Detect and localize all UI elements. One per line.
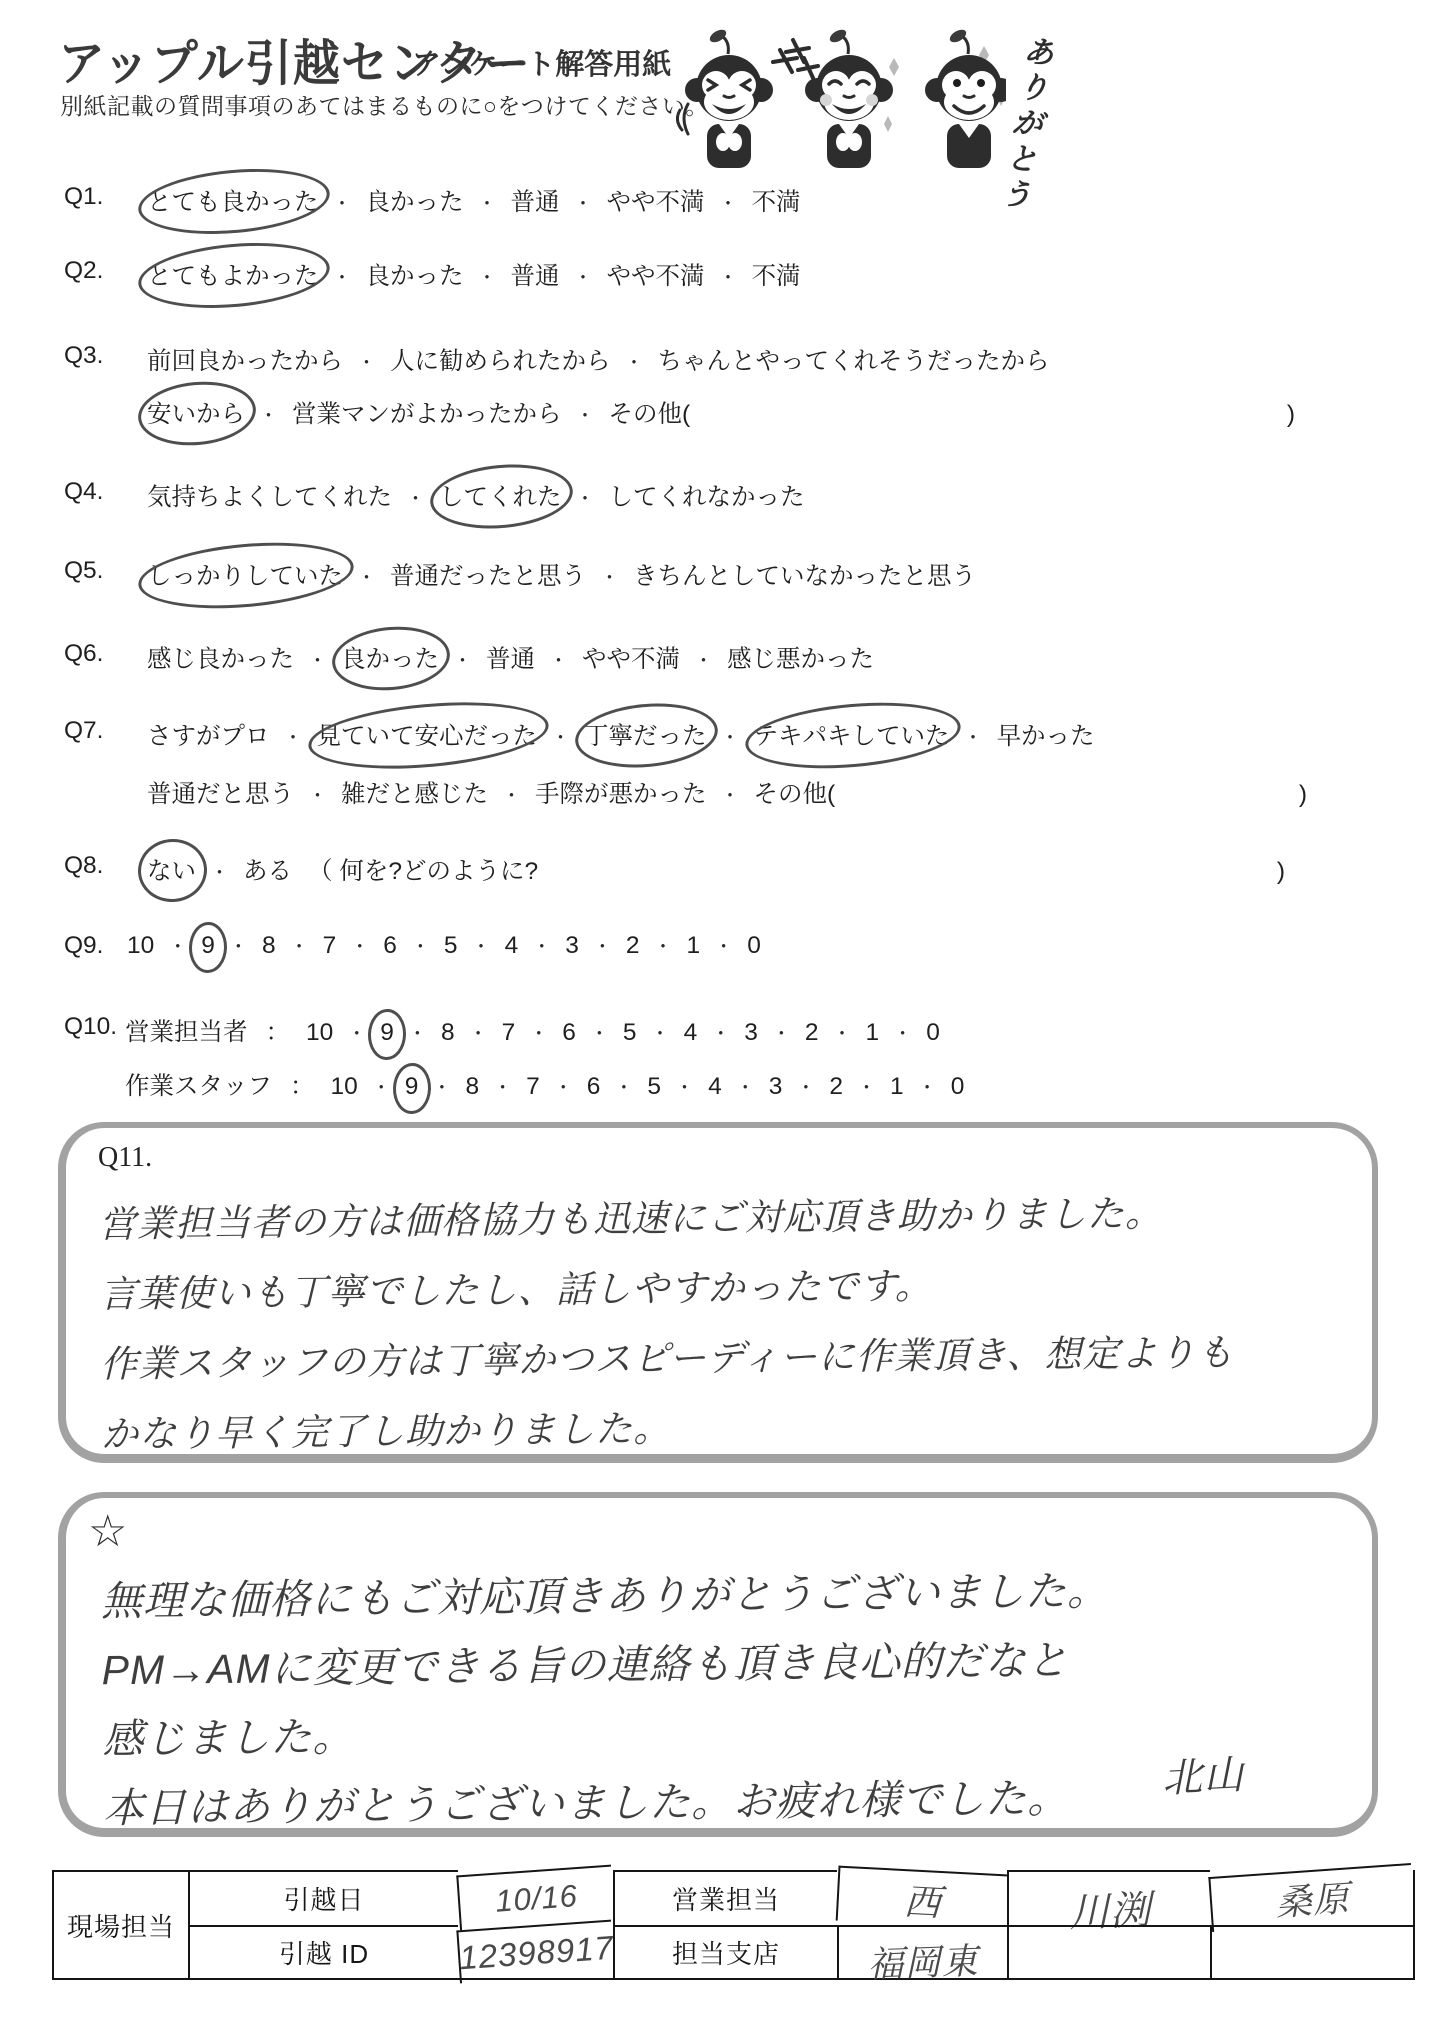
option-separator: ・ [529,1019,548,1046]
option-separator: ・ [502,781,521,808]
option: 5 [442,932,460,960]
option-separator: ・ [574,189,593,216]
option: ある [241,852,294,887]
q10-sales-scale: 10・9・8・7・6・5・4・3・2・1・0 [304,1019,942,1047]
option-circled: 9 [378,1019,396,1047]
option: 良かった [364,183,466,218]
q10-row-sales: 営業担当者 ： 10・9・8・7・6・5・4・3・2・1・0 [125,1013,942,1048]
option: PM→AMに変更できる旨の連絡も頂き良心的だなと [101,1626,1110,1706]
q3-options-row2: 安いから・営業マンがよかったから・その他( ) [145,395,1295,430]
q10-label: Q10. [64,1013,117,1041]
option: 8 [260,932,278,960]
move-id-label: 引越 ID [188,1925,458,1978]
option: 4 [682,1019,700,1047]
footer-info-table: 引越日 10/16 営業担当 西 現場担当 川渕 桑原 引越 ID 123989… [52,1870,1415,1980]
option: 普通 [484,640,537,675]
option: 8 [463,1073,481,1101]
option: 営業マンがよかったから [290,395,564,430]
option: 早かった [995,717,1097,752]
option-circled: してくれた [437,478,564,513]
q8-row: ない・ある （ 何を?どのように? ) [145,852,1285,887]
option: 手際が悪かった [533,775,709,810]
star-comment-box: ☆ 無理な価格にもご対応頂きありがとうございました。PM→AMに変更できる旨の連… [58,1492,1378,1837]
q11-handwritten-comment: 営業担当者の方は価格協力も迅速にご対応頂き助かりました。言葉使いも丁寧でしたし、… [99,1178,1236,1470]
option-separator: ・ [721,723,740,750]
option: 1 [864,1019,882,1047]
option: してくれなかった [607,478,807,513]
option-separator: ・ [721,781,740,808]
option-separator: ・ [576,484,595,511]
option-circled: テキパキしていた [752,717,952,752]
option: 気持ちよくしてくれた [145,478,394,513]
option: 2 [827,1073,845,1101]
option: 普通 [509,257,562,292]
option: 3 [563,932,581,960]
option-separator: ・ [554,1073,573,1100]
option-circled: とても良かった [145,183,321,218]
q10-staff-name: 作業スタッフ [125,1067,272,1102]
option: かなり早く完了し助かりました。 [101,1388,1236,1470]
option: 前回良かったから [145,342,345,377]
site-staff-2-value: 桑原 [1208,1863,1414,1932]
option: やや不満 [605,257,707,292]
option: 6 [381,932,399,960]
option: 5 [621,1019,639,1047]
q10-staff-scale: 10・9・8・7・6・5・4・3・2・1・0 [329,1073,967,1101]
option: 6 [560,1019,578,1047]
option: 感じ悪かった [725,640,876,675]
option: 2 [624,932,642,960]
option: 4 [706,1073,724,1101]
q1-label: Q1. [64,183,104,211]
q3-options-row1: 前回良かったから・人に勧められたから・ちゃんとやってくれそうだったから [145,342,1052,377]
option-separator: ・ [357,348,376,375]
branch-label: 担当支店 [613,1925,837,1978]
q5-options: しっかりしていた・普通だったと思う・きちんとしていなかったと思う [145,557,978,592]
form-title: アンケート解答用紙 [412,42,671,83]
option-separator: ・ [918,1073,937,1100]
q8-options: ない・ある [145,852,294,887]
star-handwritten-comment: 無理な価格にもご対応頂きありがとうございました。PM→AMに変更できる旨の連絡も… [101,1557,1112,1844]
option: その他( [607,395,693,430]
option-circled: 良かった [339,640,441,675]
option: 言葉使いも丁寧でしたし、話しやすかったです。 [99,1248,1234,1330]
option-separator: ・ [308,781,327,808]
q7-options-row1: さすがプロ・見ていて安心だった・丁寧だった・テキパキしていた・早かった [145,717,1097,752]
sales-rep-label: 営業担当 [613,1870,837,1925]
q3-label: Q3. [64,342,104,370]
q8-label: Q8. [64,852,104,880]
option: 良かった [364,257,466,292]
option-separator: ・ [590,1019,609,1046]
star-icon: ☆ [88,1506,127,1557]
q2-options: とてもよかった・良かった・普通・やや不満・不満 [145,257,803,292]
option: 本日はありがとうございました。お疲れ様でした。 [103,1764,1112,1844]
option: 10 [125,932,156,960]
q8-detail-label: （ 何を?どのように? [308,852,538,887]
branch-cell: 福岡東 [837,1925,1007,1978]
option: 7 [500,1019,518,1047]
option-separator: ・ [711,1019,730,1046]
q3-close-paren: ) [1287,401,1295,429]
move-id-value: 12398917 [456,1920,614,1984]
option-separator: ・ [857,1073,876,1100]
option: 5 [645,1073,663,1101]
option-separator: ・ [478,189,497,216]
option: やや不満 [605,183,707,218]
option: 10 [329,1073,360,1101]
option-circled: しっかりしていた [145,557,345,592]
option-separator: ・ [714,932,733,959]
option-separator: ・ [654,932,673,959]
option: さすがプロ [145,717,272,752]
site-staff-1-empty-cell [1007,1925,1210,1978]
q9-scale: 10・9・8・7・6・5・4・3・2・1・0 [125,932,763,960]
site-staff-2-empty-cell [1210,1925,1413,1978]
q1-options: とても良かった・良かった・普通・やや不満・不満 [145,183,803,218]
option-separator: ・ [259,401,278,428]
option: 人に勧められたから [388,342,613,377]
option-circled: とてもよかった [145,257,321,292]
option-separator: ・ [719,189,738,216]
q9-label: Q9. [64,932,104,960]
branch-value: 福岡東 [867,1933,980,1988]
option-separator: ・ [210,858,229,885]
q2-label: Q2. [64,257,104,285]
option-separator: ・ [472,932,491,959]
q7-row2-options: 普通だと思う・雑だと感じた・手際が悪かった・その他( [145,775,837,810]
option: 1 [888,1073,906,1101]
q10-sales-name: 営業担当者 [125,1013,248,1048]
option-separator: ・ [551,723,570,750]
option: 普通だと思う [145,775,296,810]
q11-box-label: Q11. [98,1142,152,1174]
option-separator: ・ [478,263,497,290]
option-separator: ・ [576,401,595,428]
option: 8 [439,1019,457,1047]
option-separator: ・ [736,1073,755,1100]
option: 2 [803,1019,821,1047]
move-date-label: 引越日 [188,1870,458,1925]
option-separator: ・ [469,1019,488,1046]
option: 無理な価格にもご対応頂きありがとうございました。 [101,1557,1110,1637]
option-separator: ・ [532,932,551,959]
option-separator: ・ [350,932,369,959]
option-separator: ・ [372,1073,391,1100]
q10-row-staff: 作業スタッフ ： 10・9・8・7・6・5・4・3・2・1・0 [125,1067,966,1102]
option-separator: ・ [411,932,430,959]
option: 普通 [509,183,562,218]
option: 普通だったと思う [388,557,588,592]
q10-colon2: ： [290,1067,315,1102]
option: 10 [304,1019,335,1047]
option: その他( [752,775,838,810]
customer-signature: 北山 [1161,1743,1246,1804]
option-separator: ・ [694,646,713,673]
option-separator: ・ [600,563,619,590]
option-separator: ・ [796,1073,815,1100]
option: 0 [745,932,763,960]
option-circled: ない [145,852,198,887]
option-circled: 9 [403,1073,421,1101]
option: 感じ良かった [145,640,296,675]
option-separator: ・ [833,1019,852,1046]
q6-label: Q6. [64,640,104,668]
option-separator: ・ [493,1073,512,1100]
monkey-mascots-icon [676,28,1006,173]
option: 雑だと感じた [339,775,490,810]
q4-label: Q4. [64,478,104,506]
option-separator: ・ [333,189,352,216]
option: 感じました。 [102,1695,1111,1775]
option: 3 [767,1073,785,1101]
option-separator: ・ [308,646,327,673]
option-separator: ・ [772,1019,791,1046]
q10-colon: ： [266,1013,291,1048]
q7-options-row2: 普通だと思う・雑だと感じた・手際が悪かった・その他( ) [145,775,1307,810]
option-separator: ・ [964,723,983,750]
option: 6 [585,1073,603,1101]
option-separator: ・ [333,263,352,290]
option: 不満 [750,257,803,292]
survey-form-page: アップル引越センター アンケート解答用紙 別紙記載の質問事項のあてはまるものに○… [0,0,1433,2023]
option: やや不満 [580,640,682,675]
option-separator: ・ [574,263,593,290]
option-separator: ・ [549,646,568,673]
q7-label: Q7. [64,717,104,745]
q3-row2-options: 安いから・営業マンがよかったから・その他( [145,395,692,430]
option-separator: ・ [432,1073,451,1100]
q6-options: 感じ良かった・良かった・普通・やや不満・感じ悪かった [145,640,876,675]
option-separator: ・ [593,932,612,959]
option: 3 [742,1019,760,1047]
q5-label: Q5. [64,557,104,585]
q4-options: 気持ちよくしてくれた・してくれた・してくれなかった [145,478,807,513]
option-circled: 丁寧だった [582,717,709,752]
option-separator: ・ [408,1019,427,1046]
option-circled: 見ていて安心だった [315,717,540,752]
option-separator: ・ [625,348,644,375]
option: 営業担当者の方は価格協力も迅速にご対応頂き助かりました。 [99,1178,1234,1260]
option: きちんとしていなかったと思う [631,557,978,592]
option-separator: ・ [893,1019,912,1046]
option-separator: ・ [357,563,376,590]
option: 7 [524,1073,542,1101]
option: 1 [685,932,703,960]
option-separator: ・ [290,932,309,959]
option-separator: ・ [675,1073,694,1100]
option: 0 [949,1073,967,1101]
option-separator: ・ [453,646,472,673]
site-staff-label: 現場担当 [52,1870,188,1978]
site-staff-1-cell: 川渕 [1007,1870,1210,1925]
option: 作業スタッフの方は丁寧かつスピーディーに作業頂き、想定よりも [100,1318,1235,1400]
q7-close-paren: ) [1299,781,1307,809]
option: 不満 [750,183,803,218]
option-circled: 9 [199,932,217,960]
option: ちゃんとやってくれそうだったから [656,342,1052,377]
option: 0 [924,1019,942,1047]
q11-comment-box: Q11. 営業担当者の方は価格協力も迅速にご対応頂き助かりました。言葉使いも丁寧… [58,1122,1378,1463]
option-separator: ・ [651,1019,670,1046]
option-separator: ・ [719,263,738,290]
option: 7 [321,932,339,960]
option-separator: ・ [168,932,187,959]
option-separator: ・ [347,1019,366,1046]
sales-rep-value: 西 [836,1866,1009,1930]
option-circled: 安いから [145,395,247,430]
option-separator: ・ [284,723,303,750]
instruction-text: 別紙記載の質問事項のあてはまるものに○をつけてください。 [60,88,709,121]
option-separator: ・ [614,1073,633,1100]
option-separator: ・ [229,932,248,959]
q8-close-paren: ) [1277,858,1285,886]
option-separator: ・ [406,484,425,511]
option: 4 [503,932,521,960]
